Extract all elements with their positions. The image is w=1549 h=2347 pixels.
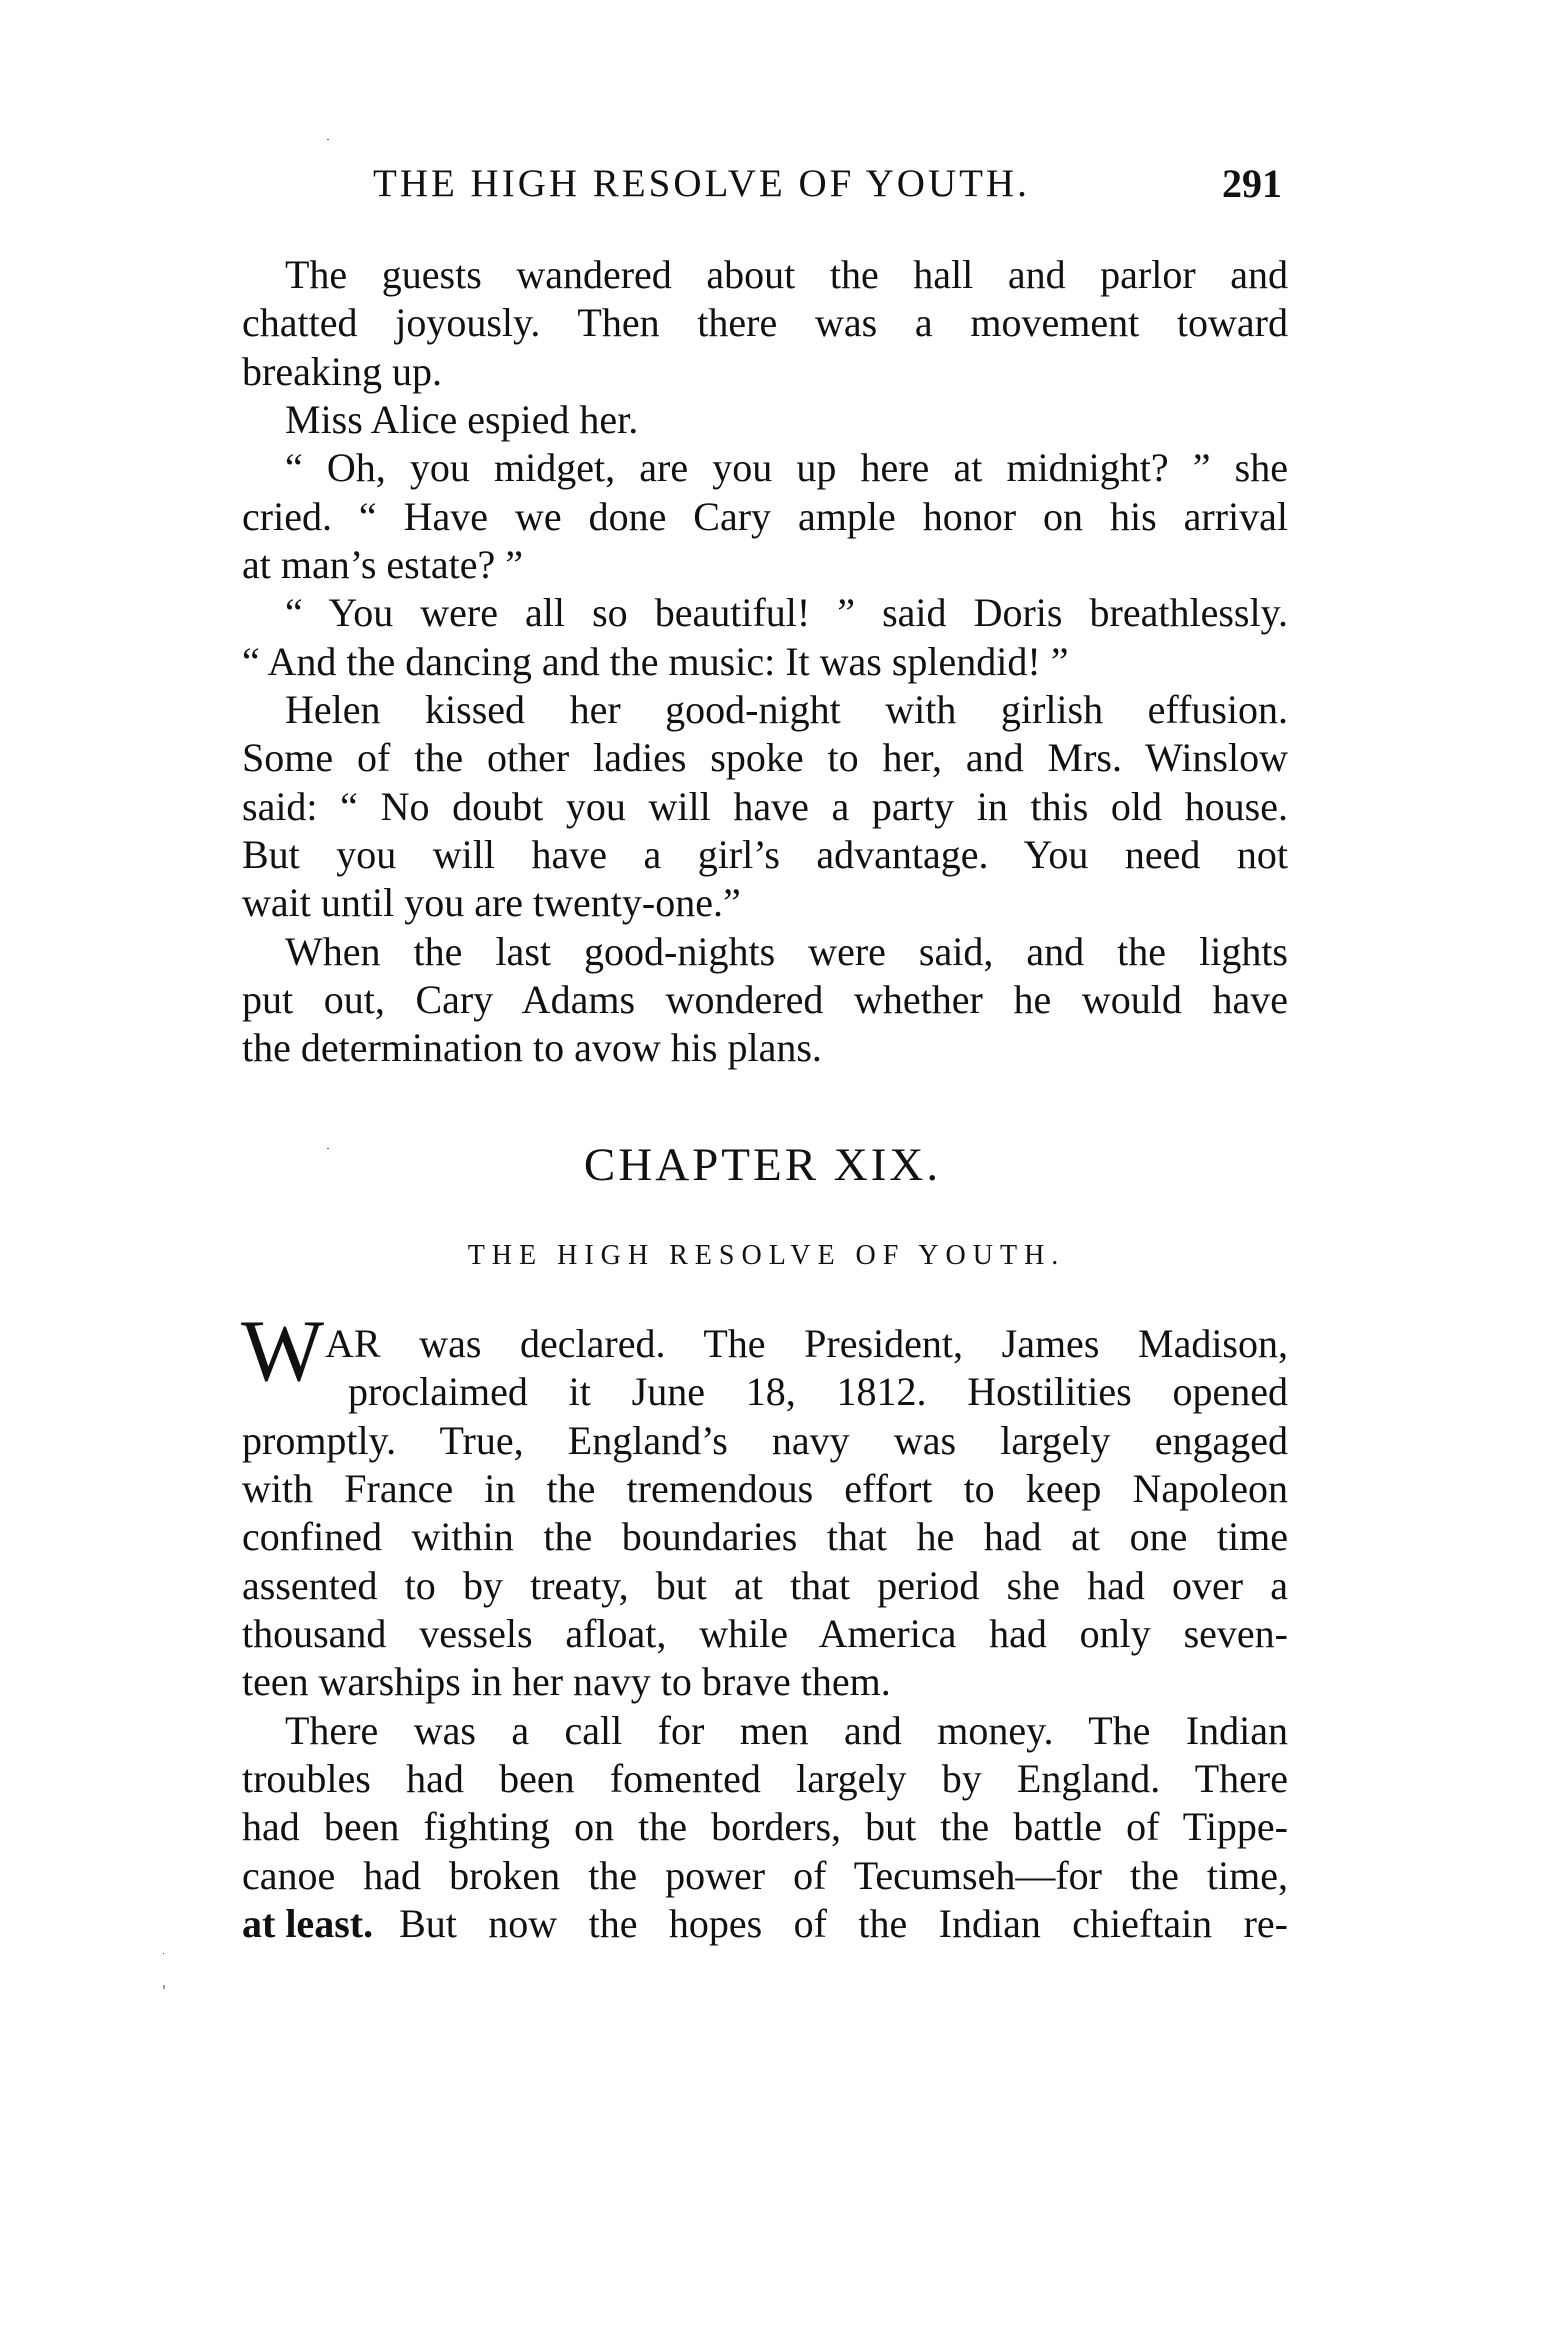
text-line: assented to by treaty, but at that perio… [242, 1562, 1288, 1610]
text-line: thousand vessels afloat, while America h… [242, 1610, 1288, 1658]
text-line: When the last good-nights were said, and… [285, 928, 1288, 976]
text-line: had been fighting on the borders, but th… [242, 1803, 1288, 1851]
text-line: The guests wandered about the hall and p… [285, 251, 1288, 299]
scan-speck [163, 1985, 165, 1989]
text-line: confined within the boundaries that he h… [242, 1513, 1288, 1561]
text-line: proclaimed it June 18, 1812. Hostilities… [348, 1368, 1288, 1416]
chapter-title: CHAPTER XIX. [0, 1135, 1549, 1195]
text-line: the determination to avow his plans. [242, 1024, 1288, 1072]
chapter-subtitle: THE HIGH RESOLVE OF YOUTH. [0, 1236, 1549, 1276]
text-line: with France in the tremendous effort to … [242, 1465, 1288, 1513]
text-line: But you will have a girl’s advantage. Yo… [242, 831, 1288, 879]
text-line: Some of the other ladies spoke to her, a… [242, 734, 1288, 782]
text-line: wait until you are twenty-one.” [242, 879, 1288, 927]
text-line: “ Oh, you midget, are you up here at mid… [285, 444, 1288, 492]
book-page: THE HIGH RESOLVE OF YOUTH. 291 The guest… [0, 0, 1549, 2347]
text-line: said: “ No doubt you will have a party i… [242, 783, 1288, 831]
page-number: 291 [1222, 160, 1282, 208]
text-line: “ You were all so beautiful! ” said Dori… [285, 589, 1288, 637]
text-line: at man’s estate? ” [242, 541, 1288, 589]
scan-speck [163, 1953, 164, 1954]
text-line: chatted joyously. Then there was a movem… [242, 299, 1288, 347]
text-line-rest: But now the hopes of the Indian chieftai… [399, 1900, 1288, 1948]
text-line: breaking up. [242, 348, 1288, 396]
scan-speck [327, 139, 329, 140]
text-line: canoe had broken the power of Tecumseh—f… [242, 1852, 1288, 1900]
text-line-last: at least. But now the hopes of the India… [242, 1900, 1288, 1948]
text-line: promptly. True, England’s navy was large… [242, 1417, 1288, 1465]
text-line: AR was declared. The President, James Ma… [325, 1320, 1288, 1368]
drop-cap: W [241, 1308, 324, 1396]
text-line: Miss Alice espied her. [285, 396, 1288, 444]
bold-phrase: at least. [242, 1900, 373, 1948]
text-line: troubles had been fomented largely by En… [242, 1755, 1288, 1803]
text-line: Helen kissed her good-night with girlish… [285, 686, 1288, 734]
text-line: teen warships in her navy to brave them. [242, 1658, 1288, 1706]
text-line: put out, Cary Adams wondered whether he … [242, 976, 1288, 1024]
text-line: There was a call for men and money. The … [285, 1707, 1288, 1755]
text-line: cried. “ Have we done Cary ample honor o… [242, 493, 1288, 541]
running-head-title: THE HIGH RESOLVE OF YOUTH. [373, 160, 1153, 208]
text-line: “ And the dancing and the music: It was … [242, 638, 1288, 686]
